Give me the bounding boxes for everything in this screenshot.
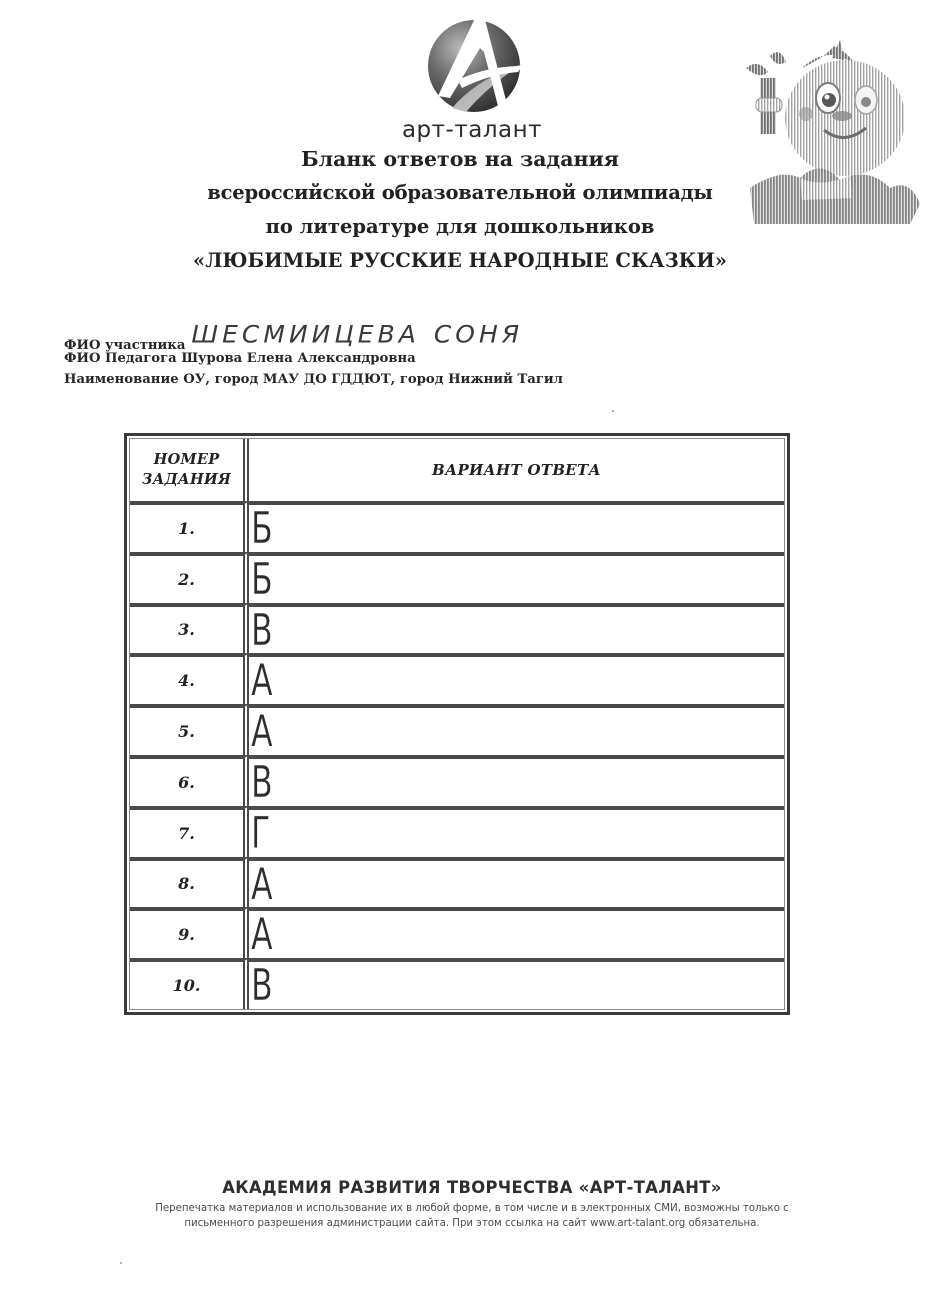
answer-table: НОМЕР ЗАДАНИЯ ВАРИАНТ ОТВЕТА 1.Б2.Б3.В4.… — [130, 439, 784, 1009]
answer-cell[interactable]: А — [249, 857, 784, 908]
table-row: 6.В — [130, 755, 784, 806]
answer-table-frame: НОМЕР ЗАДАНИЯ ВАРИАНТ ОТВЕТА 1.Б2.Б3.В4.… — [124, 433, 790, 1015]
answer-cell[interactable]: Б — [249, 552, 784, 603]
title-line: Бланк ответов на задания — [160, 142, 760, 176]
task-number-cell: 8. — [130, 857, 249, 908]
task-number-cell: 10. — [130, 958, 249, 1009]
tomato-mascot-icon — [740, 28, 930, 228]
participant-surname: ШЕСМИИЦЕВА — [191, 321, 419, 349]
column-header-line: НОМЕР — [130, 450, 243, 470]
column-header-answer: ВАРИАНТ ОТВЕТА — [249, 439, 784, 501]
title-line: «ЛЮБИМЫЕ РУССКИЕ НАРОДНЫЕ СКАЗКИ» — [160, 244, 760, 278]
art-talant-logo-icon — [418, 8, 530, 120]
answer-cell[interactable]: Б — [249, 501, 784, 552]
handwritten-answer: В — [251, 755, 273, 811]
handwritten-answer: В — [251, 603, 273, 659]
answer-cell[interactable]: А — [249, 653, 784, 704]
table-row: 9.А — [130, 907, 784, 958]
column-header-task-number: НОМЕР ЗАДАНИЯ — [130, 439, 249, 501]
handwritten-answer: Г — [251, 806, 270, 862]
answer-cell[interactable]: А — [249, 704, 784, 755]
handwritten-answer: Б — [251, 552, 273, 608]
column-header-line: ЗАДАНИЯ — [130, 470, 243, 490]
table-row: 2.Б — [130, 552, 784, 603]
scan-speck — [120, 1262, 122, 1264]
school-label: Наименование ОУ, город — [64, 372, 258, 387]
handwritten-answer: А — [251, 907, 273, 963]
answer-cell[interactable]: Г — [249, 806, 784, 857]
table-row: 10.В — [130, 958, 784, 1009]
school-row: Наименование ОУ, город МАУ ДО ГДДЮТ, гор… — [64, 369, 563, 390]
table-row: 3.В — [130, 603, 784, 654]
footer-note-line: Перепечатка материалов и использование и… — [0, 1202, 944, 1215]
handwritten-answer: А — [251, 704, 273, 760]
title-line: всероссийской образовательной олимпиады — [160, 176, 760, 210]
school-value: МАУ ДО ГДДЮТ, город Нижний Тагил — [263, 372, 563, 387]
participant-first-name: СОНЯ — [434, 321, 523, 349]
footer-title: АКАДЕМИЯ РАЗВИТИЯ ТВОРЧЕСТВА «АРТ-ТАЛАНТ… — [19, 1176, 925, 1200]
teacher-value: Шурова Елена Александровна — [181, 351, 415, 366]
answer-cell[interactable]: В — [249, 603, 784, 654]
task-number-cell: 5. — [130, 704, 249, 755]
answer-cell[interactable]: А — [249, 907, 784, 958]
table-row: 7.Г — [130, 806, 784, 857]
teacher-label: ФИО Педагога — [64, 351, 177, 366]
task-number-cell: 2. — [130, 552, 249, 603]
form-title: Бланк ответов на задания всероссийской о… — [160, 142, 760, 278]
handwritten-answer: А — [251, 857, 273, 913]
footer: АКАДЕМИЯ РАЗВИТИЯ ТВОРЧЕСТВА «АРТ-ТАЛАНТ… — [0, 1176, 944, 1230]
table-row: 8.А — [130, 857, 784, 908]
table-row: 4.А — [130, 653, 784, 704]
participant-name-handwritten: ШЕСМИИЦЕВАСОНЯ — [191, 325, 523, 345]
handwritten-answer: А — [251, 653, 273, 709]
task-number-cell: 3. — [130, 603, 249, 654]
handwritten-answer: Б — [251, 501, 273, 557]
participant-info: ФИО участникаШЕСМИИЦЕВАСОНЯ ФИО Педагога… — [64, 330, 563, 390]
handwritten-answer: В — [251, 958, 273, 1014]
answer-cell[interactable]: В — [249, 958, 784, 1009]
task-number-cell: 9. — [130, 907, 249, 958]
task-number-cell: 4. — [130, 653, 249, 704]
table-header-row: НОМЕР ЗАДАНИЯ ВАРИАНТ ОТВЕТА — [130, 439, 784, 501]
teacher-row: ФИО Педагога Шурова Елена Александровна — [64, 348, 563, 369]
task-number-cell: 1. — [130, 501, 249, 552]
task-number-cell: 7. — [130, 806, 249, 857]
table-row: 5.А — [130, 704, 784, 755]
scan-speck — [612, 410, 614, 412]
footer-note-line: письменного разрешения администрации сай… — [0, 1217, 944, 1230]
task-number-cell: 6. — [130, 755, 249, 806]
title-line: по литературе для дошкольников — [160, 210, 760, 244]
answer-cell[interactable]: В — [249, 755, 784, 806]
table-row: 1.Б — [130, 501, 784, 552]
